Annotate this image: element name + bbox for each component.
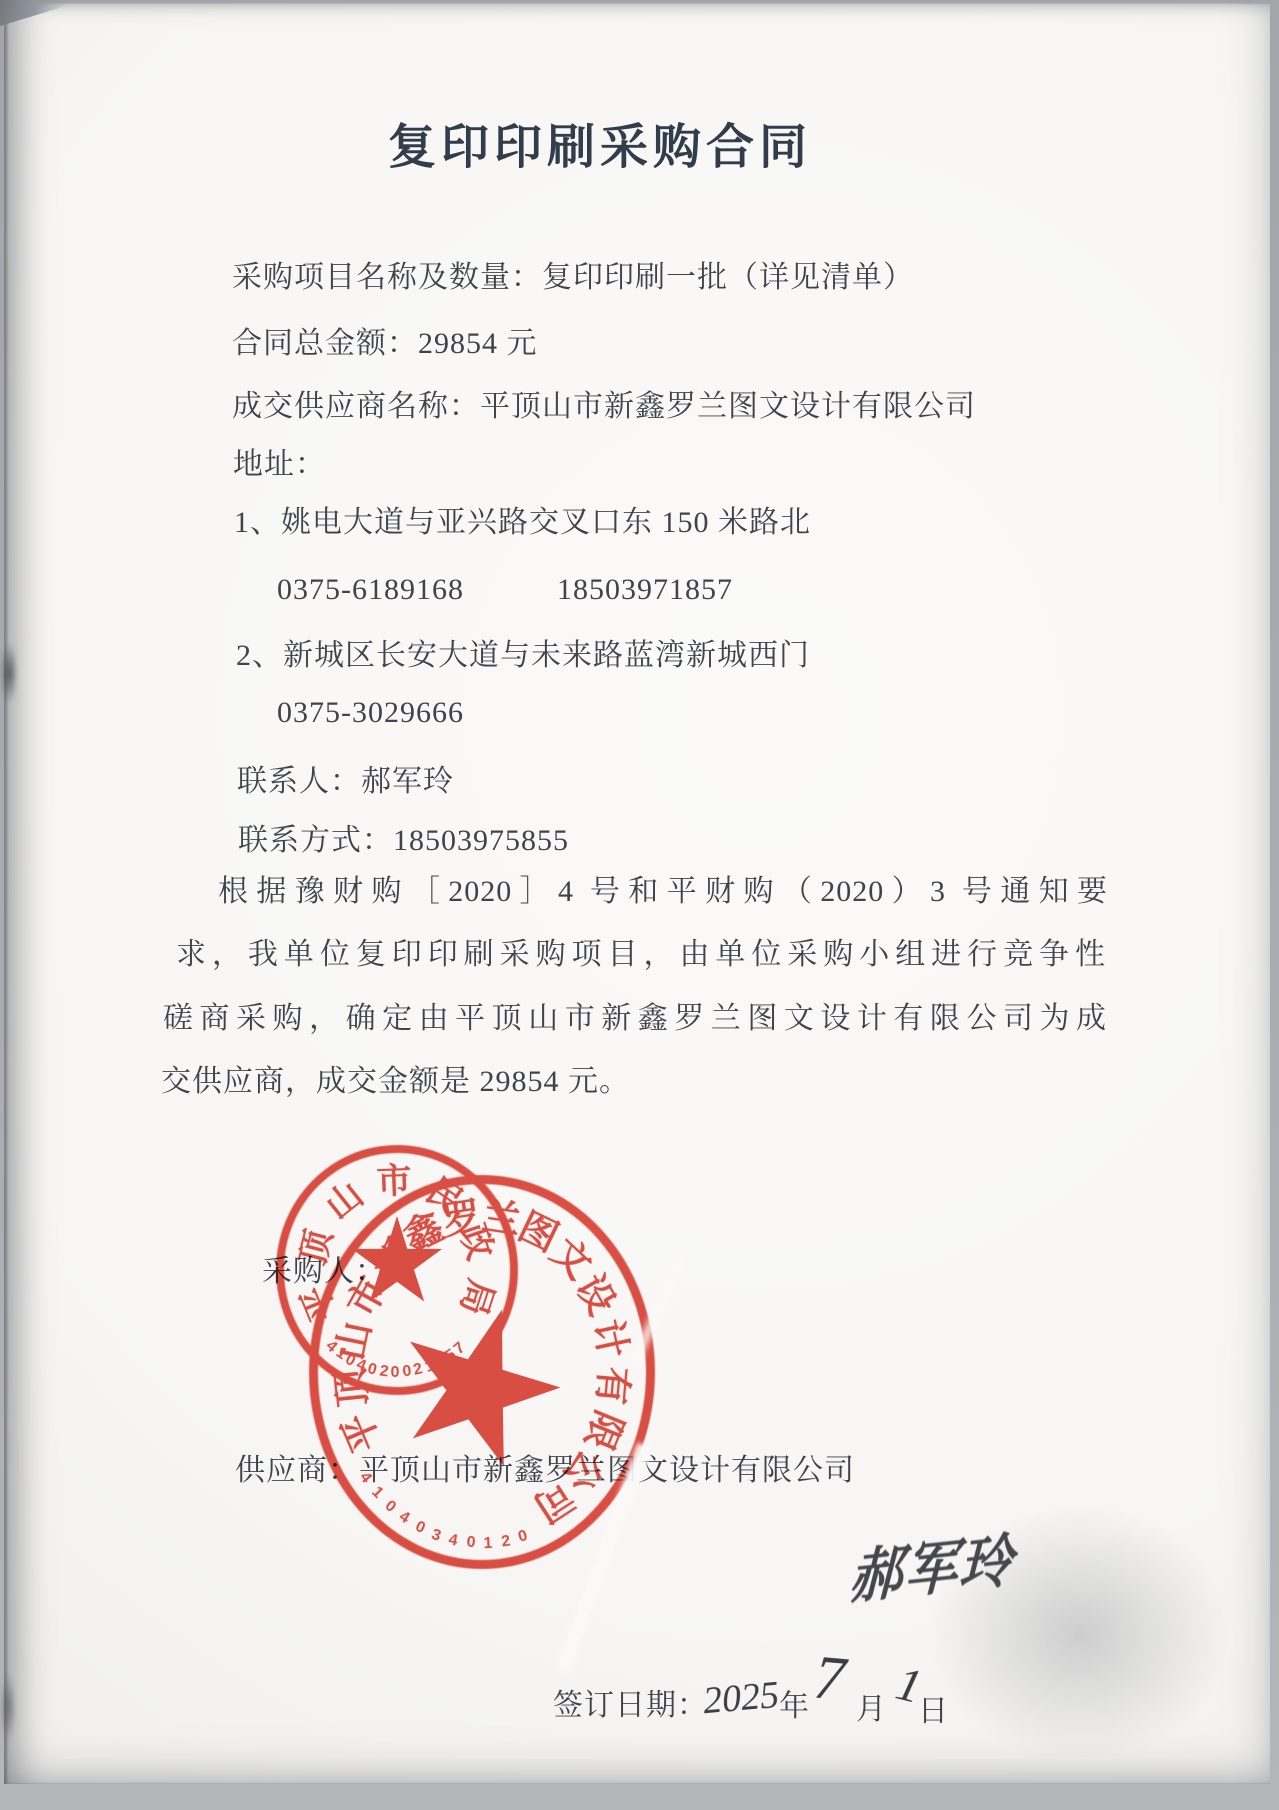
scanned-contract-page: 复印印刷采购合同 采购项目名称及数量：复印印刷一批（详见清单） 合同总金额：29… bbox=[0, 0, 1279, 1810]
official-seals: 平顶山市民政局4104020021957 平顶山市新鑫罗兰图文设计有限公司410… bbox=[0, 0, 1279, 1810]
